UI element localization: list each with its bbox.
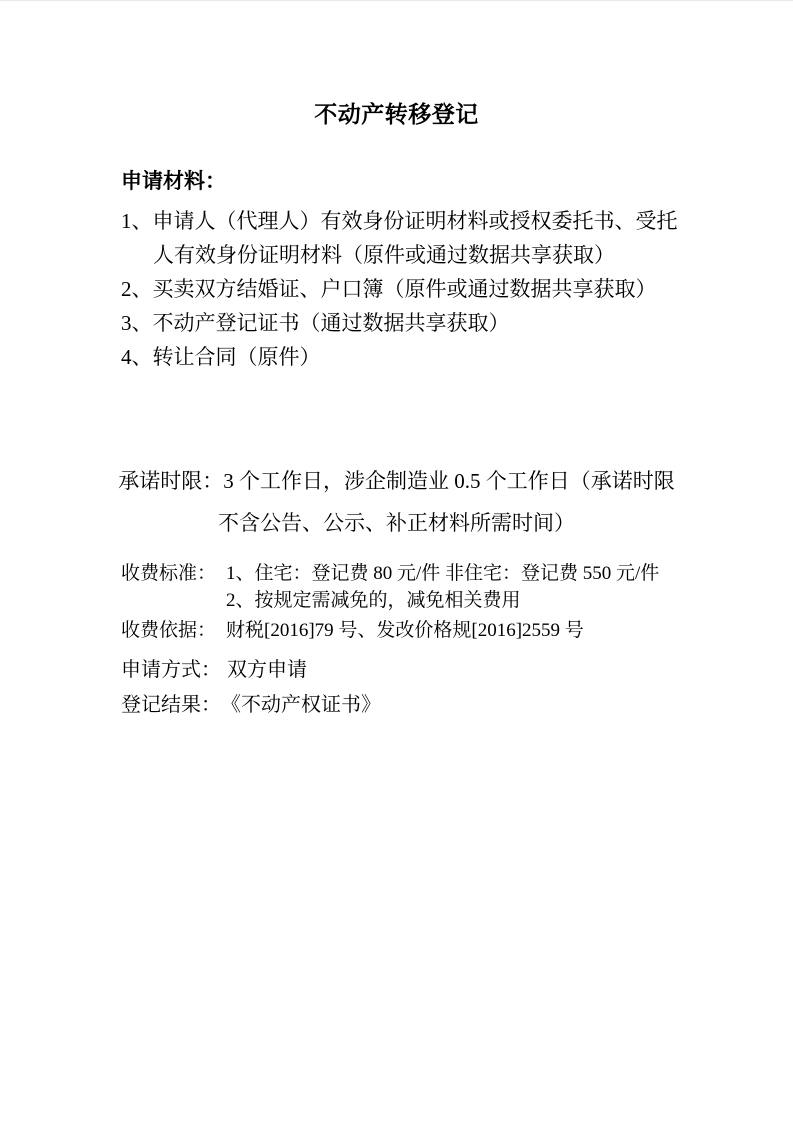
fee-basis-label: 收费依据： — [121, 617, 226, 644]
material-item-1-line-2: 人有效身份证明材料（原件或通过数据共享获取） — [121, 238, 696, 272]
material-item-1: 1、申请人（代理人）有效身份证明材料或授权委托书、受托 人有效身份证明材料（原件… — [121, 204, 696, 272]
materials-list: 1、申请人（代理人）有效身份证明材料或授权委托书、受托 人有效身份证明材料（原件… — [121, 204, 696, 374]
registration-result-row: 登记结果： 《不动产权证书》 — [121, 691, 381, 719]
fee-standard-row: 收费标准： 1、住宅：登记费 80 元/件 非住宅：登记费 550 元/件 2、… — [121, 560, 659, 614]
material-item-1-line-1: 1、申请人（代理人）有效身份证明材料或授权委托书、受托 — [121, 204, 696, 238]
material-item-2: 2、买卖双方结婚证、户口簿（原件或通过数据共享获取） — [121, 272, 696, 306]
promise-time-limit: 承诺时限：3 个工作日，涉企制造业 0.5 个工作日（承诺时限 不含公告、公示、… — [110, 460, 683, 544]
page-title: 不动产转移登记 — [0, 100, 793, 128]
material-item-4: 4、转让合同（原件） — [121, 340, 696, 374]
apply-method-label: 申请方式： — [121, 656, 227, 684]
fee-standard-line-1: 1、住宅：登记费 80 元/件 非住宅：登记费 550 元/件 — [226, 560, 659, 587]
promise-line-1: 承诺时限：3 个工作日，涉企制造业 0.5 个工作日（承诺时限 — [110, 460, 683, 502]
fee-standard-value: 1、住宅：登记费 80 元/件 非住宅：登记费 550 元/件 2、按规定需减免… — [226, 560, 659, 614]
materials-section: 申请材料： 1、申请人（代理人）有效身份证明材料或授权委托书、受托 人有效身份证… — [121, 168, 696, 374]
fee-standard-line-2: 2、按规定需减免的，减免相关费用 — [226, 587, 659, 614]
materials-heading: 申请材料： — [121, 168, 696, 196]
fee-basis-value: 财税[2016]79 号、发改价格规[2016]2559 号 — [226, 617, 584, 644]
apply-method-row: 申请方式： 双方申请 — [121, 656, 307, 684]
fee-standard-label: 收费标准： — [121, 560, 226, 587]
document-page: 不动产转移登记 申请材料： 1、申请人（代理人）有效身份证明材料或授权委托书、受… — [0, 0, 793, 1122]
registration-result-label: 登记结果： — [121, 691, 221, 719]
apply-method-value: 双方申请 — [227, 656, 307, 684]
promise-line-2: 不含公告、公示、补正材料所需时间） — [110, 502, 683, 544]
fee-basis-row: 收费依据： 财税[2016]79 号、发改价格规[2016]2559 号 — [121, 617, 584, 644]
material-item-3: 3、不动产登记证书（通过数据共享获取） — [121, 306, 696, 340]
registration-result-value: 《不动产权证书》 — [221, 691, 381, 719]
